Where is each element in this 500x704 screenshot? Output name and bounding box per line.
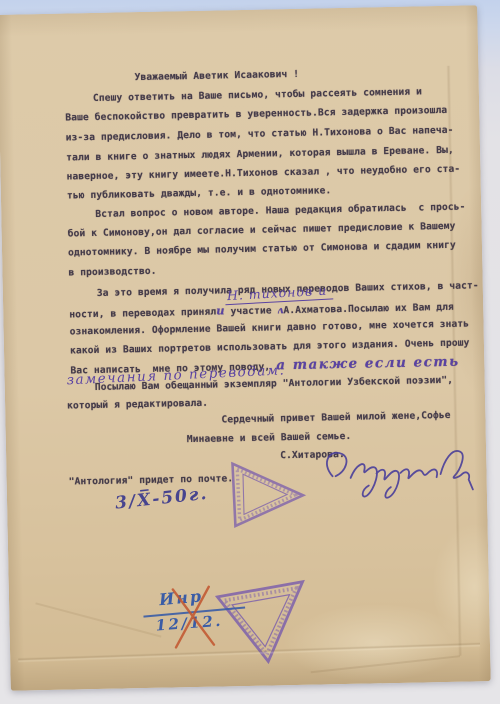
typed-line: Спешу ответить на Ваше письмо, чтобы рас… (93, 86, 422, 105)
typed-line: в производство. (68, 266, 156, 280)
typed-line: из-за предисловия. Дело в том, что стать… (66, 125, 454, 145)
typed-line-with-correction: ности, в переводах приняли участие ʌА.Ах… (69, 300, 454, 322)
closing-line: Минаевне и всей Вашей семье. (187, 431, 352, 446)
letter-page: Уважаемый Аветик Исаакович ! Спешу ответ… (0, 5, 491, 690)
ps-line: "Антология" придет по почте. (69, 473, 234, 488)
triangular-stamp-upper (221, 453, 315, 537)
typed-line: наверное, эту книгу имеете.Н.Тихонов ска… (66, 164, 460, 184)
closing-line: Сердечный привет Вашей милой жене,Софье (221, 410, 450, 427)
typed-segment: А.Ахматова.Посылаю их Вам для (283, 302, 454, 316)
typed-line: тали в книге о знатных людях Армении, ко… (66, 145, 454, 165)
handwritten-date: 3/X̅-50г. (114, 484, 209, 514)
typed-segment: участие (225, 305, 278, 317)
paper-crease-diagonal (35, 602, 161, 637)
typed-line: тью публиковать дважды, т.е. и в однотом… (67, 185, 332, 202)
red-cross-mark (161, 582, 226, 653)
salutation: Уважаемый Аветик Исаакович ! (134, 69, 299, 84)
typed-line: Ваше беспокойство превратить в увереннос… (65, 105, 447, 125)
typed-line: бой к Симонову,он дал согласие и сейчас … (68, 221, 456, 241)
typed-line: однотомнику. В ноябре мы получим статью … (68, 240, 456, 260)
handwritten-signature (314, 443, 500, 505)
typed-line: Встал вопрос о новом авторе. Наша редакц… (95, 202, 465, 221)
typed-line: ознакомления. Оформление Вашей книги дав… (70, 318, 470, 338)
handwritten-postscript: а также если есть (270, 354, 460, 374)
paper-crease-diagonal (311, 655, 460, 673)
typed-segment: ности, в переводах принял (69, 307, 216, 321)
typed-line: который я редактировала. (67, 398, 208, 413)
